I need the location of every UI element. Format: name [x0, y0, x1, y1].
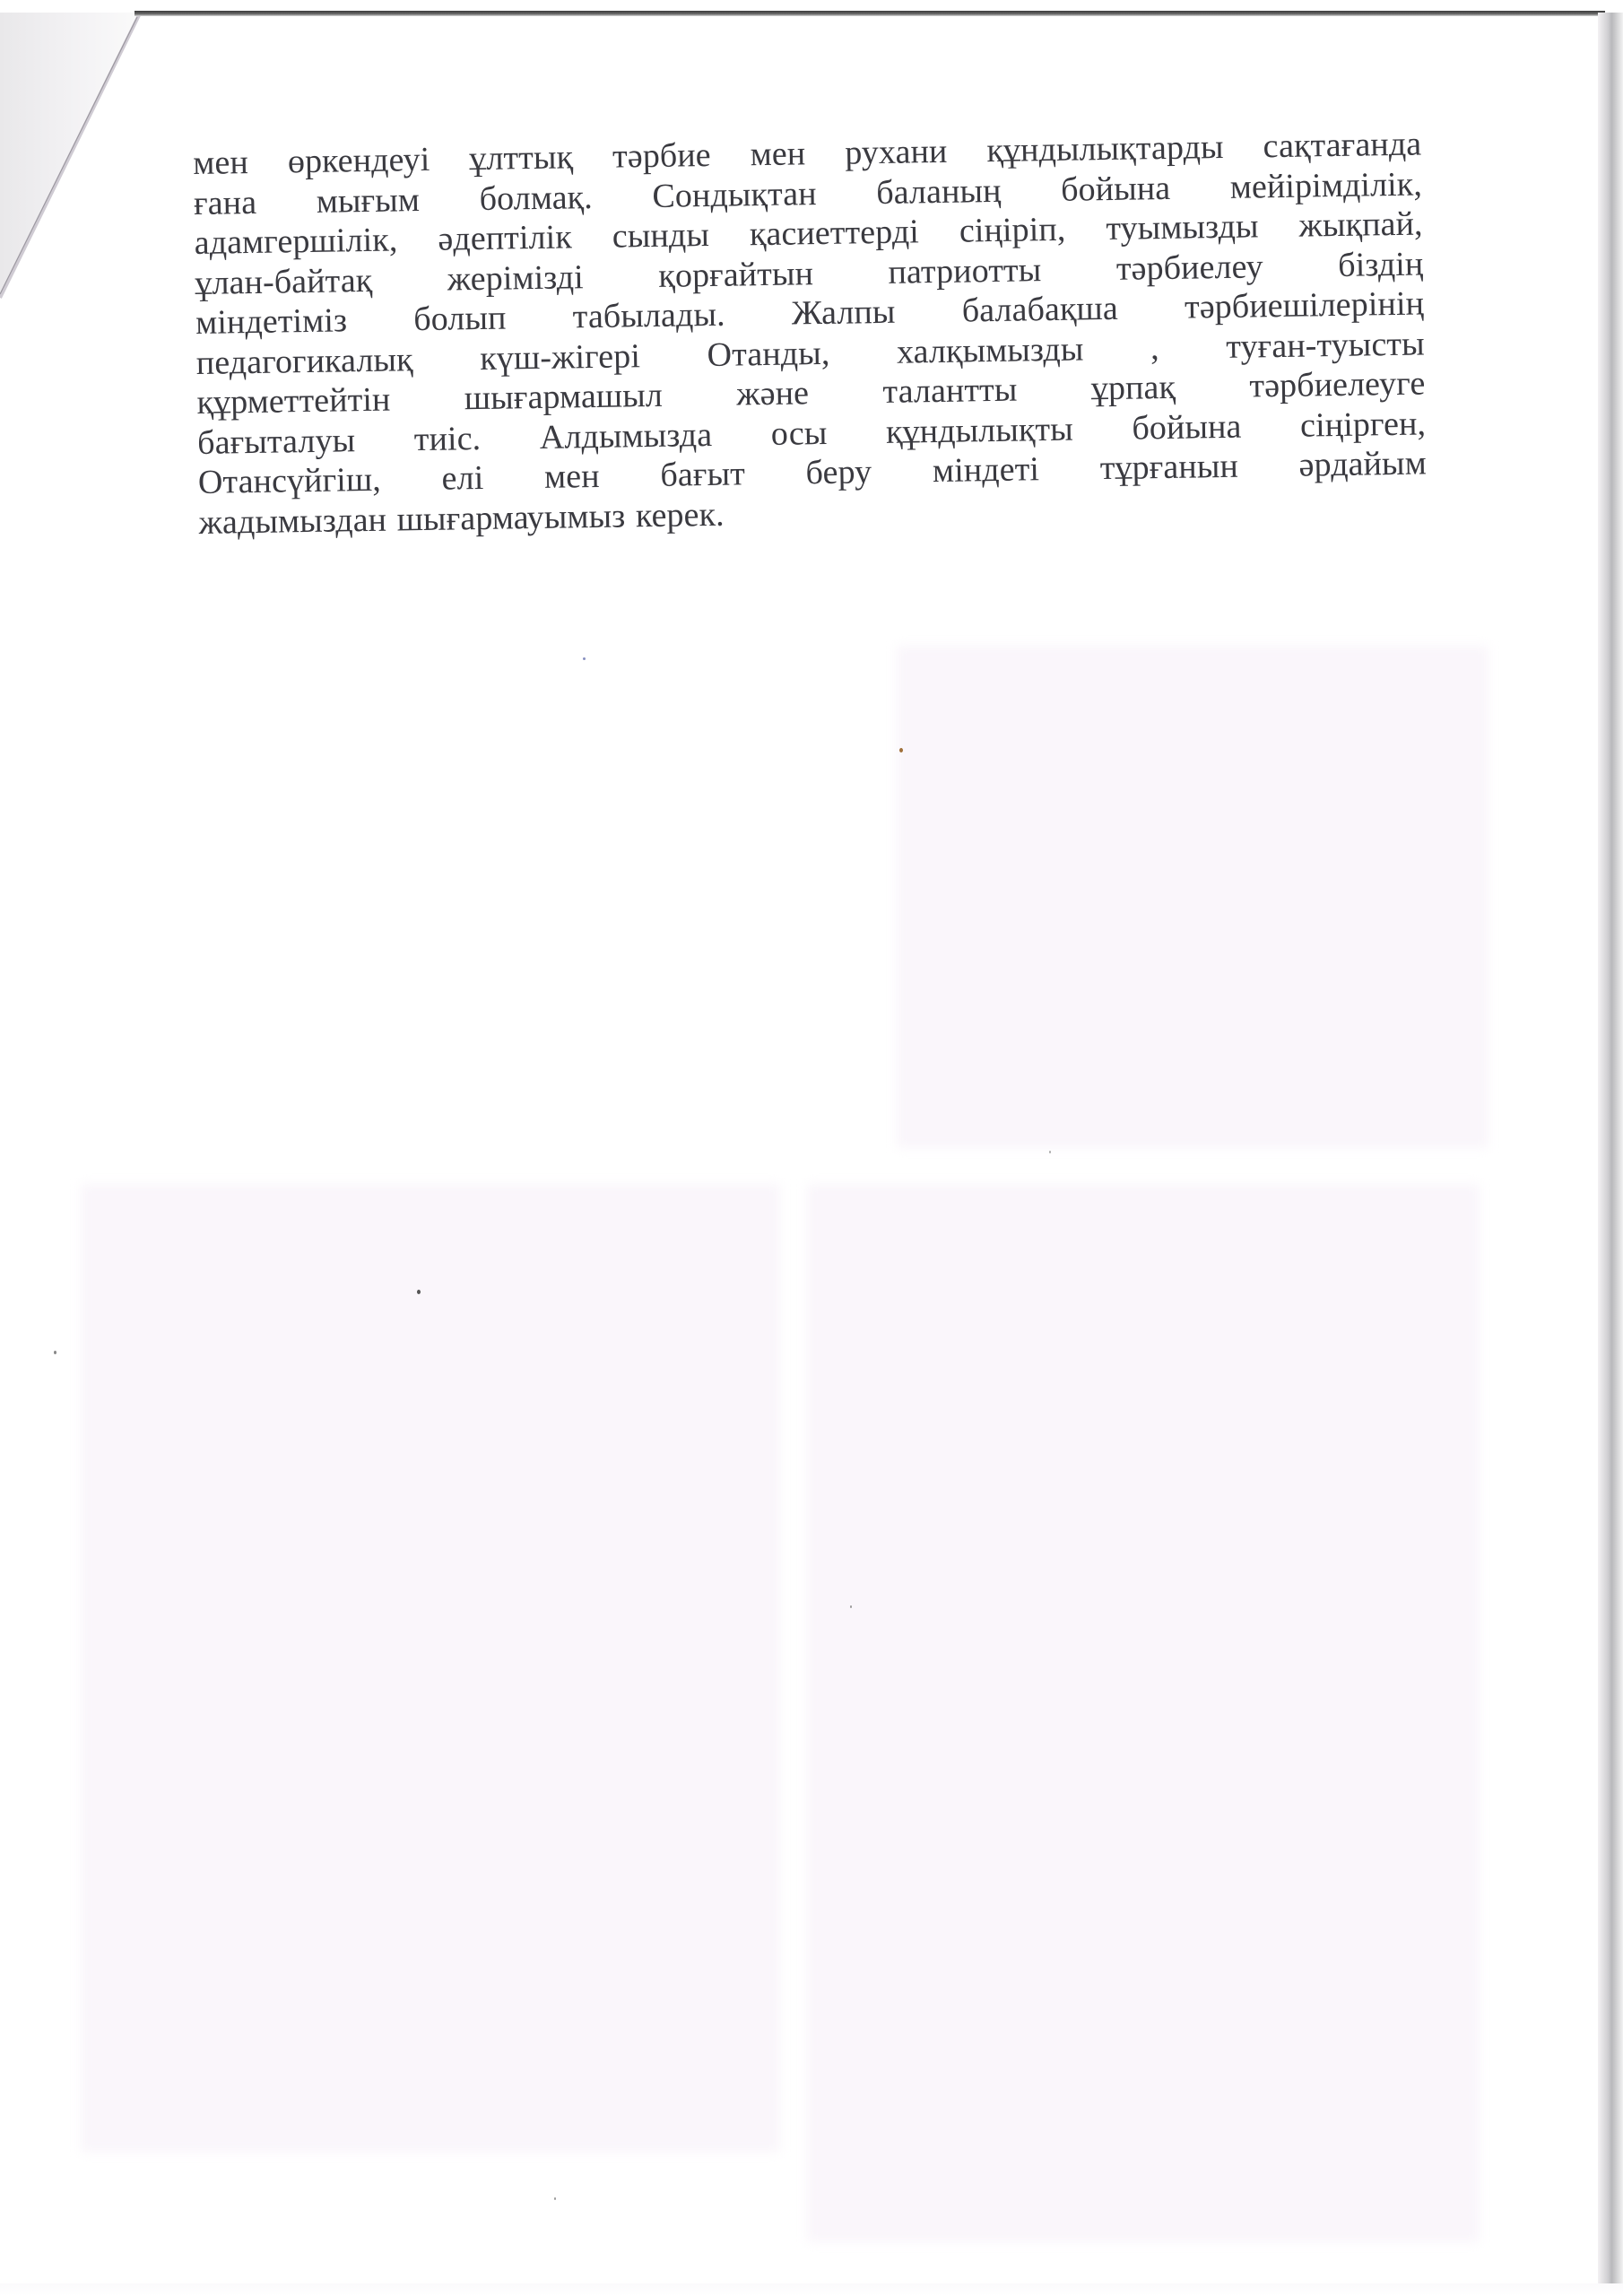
page-top-edge: [135, 11, 1605, 16]
scanned-page: мен өркендеуі ұлттық тәрбие мен рухани қ…: [0, 0, 1623, 2296]
bleed-through-region: [81, 1184, 780, 2152]
scan-speck: [1049, 1151, 1051, 1153]
scan-speck: [850, 1605, 852, 1608]
scan-speck: [417, 1290, 421, 1294]
page-right-edge: [1598, 13, 1623, 2291]
page-bottom-edge: [0, 2283, 1623, 2296]
scan-speck: [583, 657, 586, 660]
bleed-through-region: [807, 1184, 1480, 2242]
bleed-through-region: [897, 646, 1488, 1148]
scan-speck: [899, 748, 903, 752]
text-block: мен өркендеуі ұлттық тәрбие мен рухани қ…: [193, 124, 1428, 542]
folded-corner: [0, 0, 152, 305]
scan-speck: [54, 1351, 56, 1354]
body-paragraph: мен өркендеуі ұлттық тәрбие мен рухани қ…: [193, 124, 1428, 542]
scan-speck: [554, 2197, 556, 2200]
